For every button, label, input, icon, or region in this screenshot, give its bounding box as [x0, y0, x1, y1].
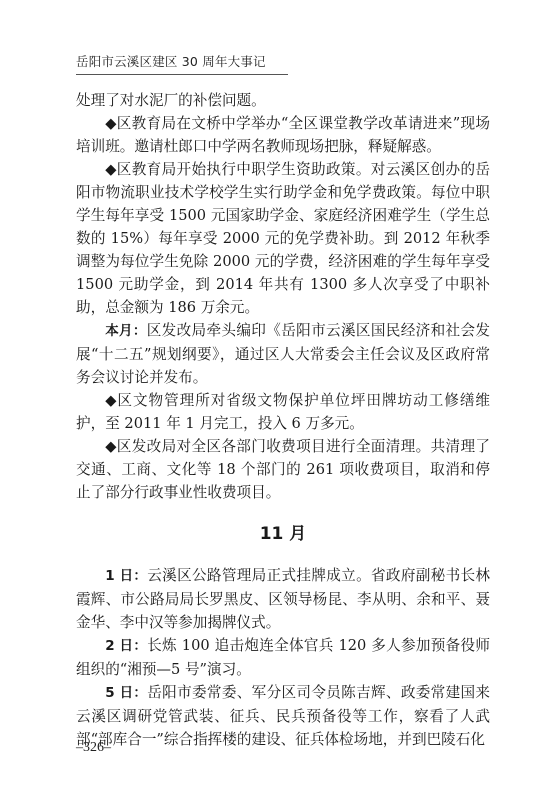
paragraph-lead: 本月： [105, 323, 147, 339]
page-number: –326– [76, 740, 111, 756]
paragraph: 1 日：云溪区公路管理局正式挂牌成立。省政府副秘书长林霞辉、市公路局局长罗黑皮、… [76, 564, 490, 634]
paragraph: ◆区教育局开始执行中职学生资助政策。对云溪区创办的岳阳市物流职业技术学校学生实行… [76, 158, 490, 319]
paragraph-lead: 2 日： [105, 638, 147, 654]
paragraph: 处理了对水泥厂的补偿问题。 [76, 89, 490, 112]
paragraph: 本月：区发改局牵头编印《岳阳市云溪区国民经济和社会发展“十二五”规划纲要》，通过… [76, 319, 490, 389]
page-body: 处理了对水泥厂的补偿问题。 ◆区教育局在文桥中学举办“全区课堂教学改革请进来”现… [76, 89, 490, 751]
header-rule [76, 74, 288, 75]
paragraph-text: ◆区发改局对全区各部门收费项目进行全面清理。共清理了交通、工商、文化等 18 个… [76, 438, 490, 501]
paragraph-lead: 1 日： [105, 568, 147, 584]
paragraph: 2 日：长炼 100 追击炮连全体官兵 120 多人参加预备役师组织的“湘预—5… [76, 634, 490, 681]
paragraph-text: 处理了对水泥厂的补偿问题。 [76, 92, 266, 109]
paragraph: ◆区文物管理所对省级文物保护单位坪田牌坊动工修缮维护，至 2011 年 1 月完… [76, 389, 490, 435]
paragraph-text: ◆区教育局在文桥中学举办“全区课堂教学改革请进来”现场培训班。邀请杜郎口中学两名… [76, 115, 490, 155]
month-heading: 11 月 [76, 522, 490, 546]
paragraph: ◆区发改局对全区各部门收费项目进行全面清理。共清理了交通、工商、文化等 18 个… [76, 435, 490, 504]
paragraph: ◆区教育局在文桥中学举办“全区课堂教学改革请进来”现场培训班。邀请杜郎口中学两名… [76, 112, 490, 158]
paragraph-text: ◆区文物管理所对省级文物保护单位坪田牌坊动工修缮维护，至 2011 年 1 月完… [76, 392, 490, 432]
paragraph-lead: 5 日： [105, 685, 147, 701]
paragraph: 5 日：岳阳市委常委、军分区司令员陈吉辉、政委常建国来云溪区调研党管武装、征兵、… [76, 681, 490, 751]
running-header-title: 岳阳市云溪区建区 30 周年大事记 [76, 52, 290, 70]
paragraph-text: ◆区教育局开始执行中职学生资助政策。对云溪区创办的岳阳市物流职业技术学校学生实行… [76, 161, 490, 316]
